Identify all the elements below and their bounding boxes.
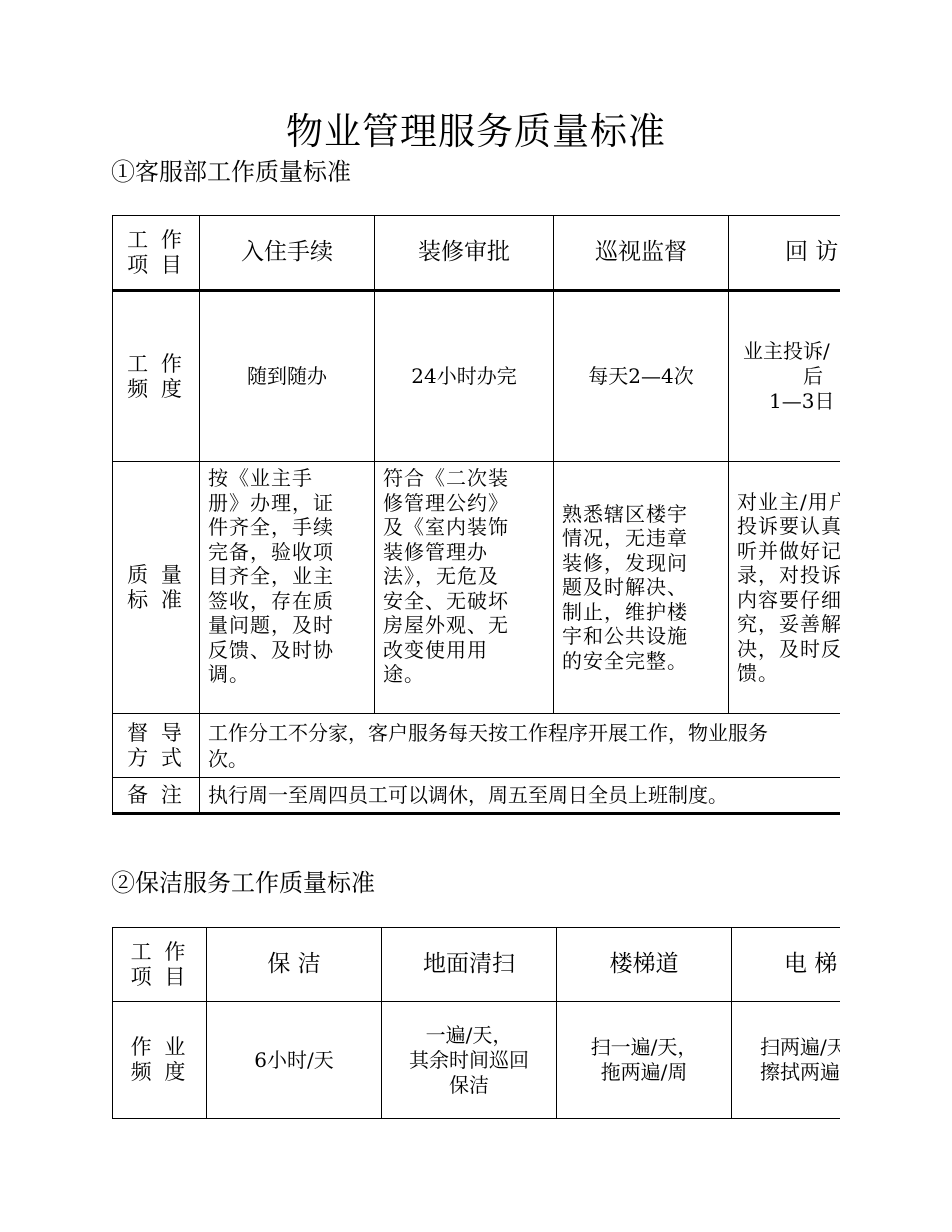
label-line: 标 准 xyxy=(113,588,199,613)
label-line: 作 业 xyxy=(113,1035,206,1060)
cell-line: 馈。 xyxy=(737,661,840,686)
column-header-floor-sweeping: 地面清扫 xyxy=(382,928,557,1002)
cell-line: 及《室内装饰 xyxy=(383,515,547,540)
cell-line: 究，妥善解 xyxy=(737,612,840,637)
cell-line: 调。 xyxy=(208,662,368,687)
cell-line: 件齐全，手续 xyxy=(208,515,368,540)
cell-quality-return-visit: 对业主/用户 投诉要认真 听并做好记 录，对投诉 内容要仔细 究，妥善解 决，及… xyxy=(729,462,841,714)
column-header-patrol-supervision: 巡视监督 xyxy=(554,216,729,291)
cell-line: 情况，无违章 xyxy=(562,526,722,551)
cell-line: 制止，维护楼 xyxy=(562,600,722,625)
cell-frequency-move-in: 随到随办 xyxy=(200,291,375,462)
cell-line: 反馈、及时协 xyxy=(208,638,368,663)
cell-line: 录，对投诉 xyxy=(737,563,840,588)
cell-frequency-patrol: 每天2—4次 xyxy=(554,291,729,462)
cell-line: 途。 xyxy=(383,662,547,687)
cell-line: 量问题，及时 xyxy=(208,613,368,638)
cell-frequency-cleaning: 6小时/天 xyxy=(207,1002,382,1119)
cell-supervision-text: 工作分工不分家，客户服务每天按工作程序开展工作，物业服务 次。 xyxy=(200,714,841,778)
cell-line: 投诉要认真 xyxy=(737,514,840,539)
label-line: 方 式 xyxy=(113,746,199,771)
column-header-cleaning: 保 洁 xyxy=(207,928,382,1002)
document-page: 物业管理服务质量标准 ①客服部工作质量标准 工 作 项 目 入住手续 装修审批 … xyxy=(0,0,840,1232)
label-line: 频 度 xyxy=(113,377,199,402)
column-header-renovation-approval: 装修审批 xyxy=(375,216,554,291)
cell-line: 听并做好记 xyxy=(737,539,840,564)
label-line: 项 目 xyxy=(113,965,206,990)
cell-line: 符合《二次装 xyxy=(383,466,547,491)
cell-line: 改变使用用 xyxy=(383,638,547,663)
section-heading-customer-service: ①客服部工作质量标准 xyxy=(111,156,351,188)
table-row-frequency: 作 业 频 度 6小时/天 一遍/天， 其余时间巡回 保洁 扫一遍/天， 拖两遍… xyxy=(113,1002,841,1119)
cell-line: 扫两遍/天 xyxy=(760,1035,840,1060)
cell-quality-move-in: 按《业主手 册》办理，证 件齐全，手续 完备，验收项 目齐全，业主 签收，存在质… xyxy=(200,462,375,714)
cell-line: 熟悉辖区楼宇 xyxy=(562,502,722,527)
section-heading-cleaning: ②保洁服务工作质量标准 xyxy=(111,867,375,899)
row-label-frequency: 作 业 频 度 xyxy=(113,1002,207,1119)
cell-line: 保洁 xyxy=(382,1073,556,1098)
cell-line: 的安全完整。 xyxy=(562,649,722,674)
cell-line: 决，及时反 xyxy=(737,637,840,662)
column-header-stairway: 楼梯道 xyxy=(557,928,732,1002)
customer-service-quality-table: 工 作 项 目 入住手续 装修审批 巡视监督 回 访 工 作 频 度 随到随办 … xyxy=(112,215,840,815)
cell-line: 次。 xyxy=(208,746,840,772)
label-line: 质 量 xyxy=(113,563,199,588)
label-line: 工 作 xyxy=(113,228,199,253)
cell-line: 按《业主手 xyxy=(208,466,368,491)
label-line: 项 目 xyxy=(113,253,199,278)
table-row-quality: 质 量 标 准 按《业主手 册》办理，证 件齐全，手续 完备，验收项 目齐全，业… xyxy=(113,462,841,714)
cell-line: 扫一遍/天， xyxy=(557,1035,731,1060)
row-label-supervision: 督 导 方 式 xyxy=(113,714,200,778)
column-header-elevator: 电 梯 xyxy=(732,928,841,1002)
label-line: 督 导 xyxy=(113,721,199,746)
table-row-supervision: 督 导 方 式 工作分工不分家，客户服务每天按工作程序开展工作，物业服务 次。 xyxy=(113,714,841,778)
cell-quality-patrol: 熟悉辖区楼宇 情况，无违章 装修，发现问 题及时解决、 制止，维护楼 宇和公共设… xyxy=(554,462,729,714)
cell-line: 修管理公约》 xyxy=(383,491,547,516)
cell-line: 宇和公共设施 xyxy=(562,624,722,649)
cell-line: 内容要仔细 xyxy=(737,588,840,613)
cell-line: 1—3日 xyxy=(743,389,840,414)
table-row-remarks: 备 注 执行周一至周四员工可以调休，周五至周日全员上班制度。 xyxy=(113,778,841,814)
cell-line: 装修管理办 xyxy=(383,540,547,565)
cell-line: 业主投诉/ xyxy=(743,339,840,364)
table-header-row: 工 作 项 目 入住手续 装修审批 巡视监督 回 访 xyxy=(113,216,841,291)
column-header-move-in: 入住手续 xyxy=(200,216,375,291)
label-line: 工 作 xyxy=(113,940,206,965)
cell-frequency-floor-sweeping: 一遍/天， 其余时间巡回 保洁 xyxy=(382,1002,557,1119)
cell-quality-renovation: 符合《二次装 修管理公约》 及《室内装饰 装修管理办 法》，无危及 安全、无破坏… xyxy=(375,462,554,714)
row-label-frequency: 工 作 频 度 xyxy=(113,291,200,462)
cleaning-quality-table: 工 作 项 目 保 洁 地面清扫 楼梯道 电 梯 作 业 频 度 6小时/天 一… xyxy=(112,927,840,1119)
cell-line: 题及时解决、 xyxy=(562,575,722,600)
cell-line: 工作分工不分家，客户服务每天按工作程序开展工作，物业服务 xyxy=(208,720,840,746)
row-label-work-item: 工 作 项 目 xyxy=(113,216,200,291)
cell-line: 目齐全，业主 xyxy=(208,564,368,589)
row-label-quality: 质 量 标 准 xyxy=(113,462,200,714)
cell-line: 房屋外观、无 xyxy=(383,613,547,638)
cell-frequency-stairway: 扫一遍/天， 拖两遍/周 xyxy=(557,1002,732,1119)
cell-line: 法》，无危及 xyxy=(383,564,547,589)
cell-frequency-renovation: 24小时办完 xyxy=(375,291,554,462)
label-line: 频 度 xyxy=(113,1060,206,1085)
cell-line: 擦拭两遍 xyxy=(760,1060,840,1085)
cell-remarks-text: 执行周一至周四员工可以调休，周五至周日全员上班制度。 xyxy=(200,778,841,814)
cell-frequency-return-visit: 业主投诉/ 后 1—3日 xyxy=(729,291,841,462)
cell-line: 一遍/天， xyxy=(382,1023,556,1048)
cell-line: 对业主/用户 xyxy=(737,490,840,515)
row-label-work-item: 工 作 项 目 xyxy=(113,928,207,1002)
cell-line: 安全、无破坏 xyxy=(383,589,547,614)
cell-line: 拖两遍/周 xyxy=(557,1060,731,1085)
document-title: 物业管理服务质量标准 xyxy=(0,108,840,156)
cell-line: 装修，发现问 xyxy=(562,551,722,576)
table-header-row: 工 作 项 目 保 洁 地面清扫 楼梯道 电 梯 xyxy=(113,928,841,1002)
cell-line: 其余时间巡回 xyxy=(382,1048,556,1073)
cell-line: 签收，存在质 xyxy=(208,589,368,614)
label-line: 工 作 xyxy=(113,352,199,377)
row-label-remarks: 备 注 xyxy=(113,778,200,814)
cell-frequency-elevator: 扫两遍/天 擦拭两遍 xyxy=(732,1002,841,1119)
cell-line: 完备，验收项 xyxy=(208,540,368,565)
table-row-frequency: 工 作 频 度 随到随办 24小时办完 每天2—4次 业主投诉/ 后 1—3日 xyxy=(113,291,841,462)
cell-line: 后 xyxy=(743,364,840,389)
cell-line: 册》办理，证 xyxy=(208,491,368,516)
column-header-return-visit: 回 访 xyxy=(729,216,841,291)
